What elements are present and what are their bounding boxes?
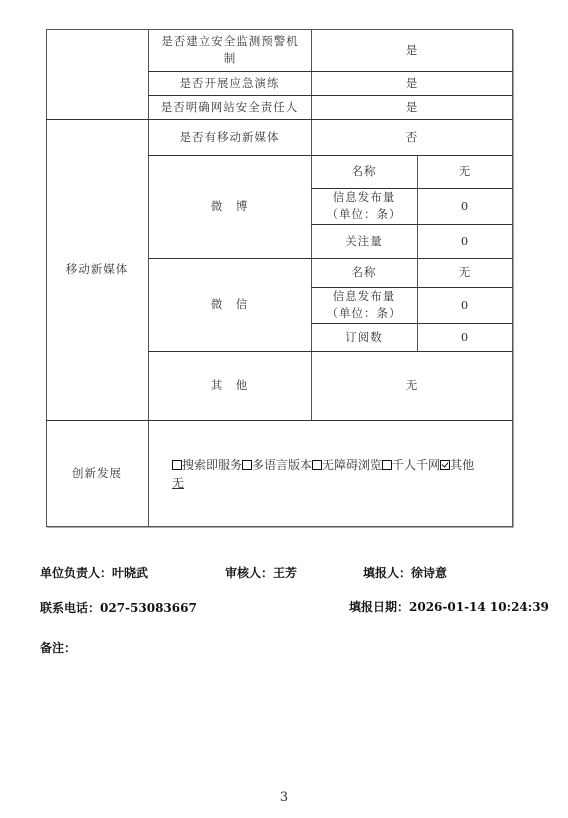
weibo-label: 微 博: [148, 155, 311, 258]
unit-head: 单位负责人：叶晓武: [40, 564, 148, 581]
wechat-value-posts: 0: [417, 287, 513, 323]
option-multilingual[interactable]: 多语言版本: [242, 458, 312, 472]
checkbox-icon[interactable]: [172, 460, 182, 470]
option-other[interactable]: 其他: [440, 458, 474, 472]
weibo-value-posts: 0: [417, 188, 513, 224]
has-mobile-question: 是否有移动新媒体: [148, 119, 311, 155]
innovation-options: 搜索即服务多语言版本无障碍浏览千人千网其他 无: [172, 456, 510, 492]
security-answer: 是: [311, 29, 513, 71]
page-number: 3: [0, 790, 568, 805]
wechat-field-subscribers: 订阅数: [311, 323, 417, 351]
mobile-media-label: 移动新媒体: [46, 119, 148, 420]
security-answer: 是: [311, 71, 513, 95]
wechat-value-subscribers: 0: [417, 323, 513, 351]
innovation-label: 创新发展: [46, 420, 148, 527]
weibo-value-name: 无: [417, 155, 513, 188]
option-search-service[interactable]: 搜索即服务: [172, 458, 242, 472]
other-media-value: 无: [311, 351, 513, 420]
security-question: 是否建立安全监测预警机制: [160, 29, 300, 71]
other-media-label: 其 他: [148, 351, 311, 420]
has-mobile-answer: 否: [311, 119, 513, 155]
wechat-field-name: 名称: [311, 258, 417, 287]
wechat-label: 微 信: [148, 258, 311, 351]
remarks: 备注：: [40, 639, 76, 656]
filler: 填报人：徐诗意: [363, 564, 447, 581]
reviewer: 审核人：王芳: [225, 564, 297, 581]
fill-date: 填报日期：2026-01-14 10:24:39: [349, 598, 549, 615]
checkbox-icon[interactable]: [242, 460, 252, 470]
checkbox-checked-icon[interactable]: [440, 460, 450, 470]
weibo-field-followers: 关注量: [311, 224, 417, 258]
security-question: 是否开展应急演练: [148, 71, 311, 95]
weibo-value-followers: 0: [417, 224, 513, 258]
phone: 联系电话：027-53083667: [40, 599, 197, 616]
security-answer: 是: [311, 95, 513, 119]
checkbox-icon[interactable]: [382, 460, 392, 470]
weibo-field-posts: 信息发布量（单位：条）: [326, 188, 402, 224]
wechat-value-name: 无: [417, 258, 513, 287]
security-question: 是否明确网站安全责任人: [148, 95, 311, 119]
wechat-field-posts: 信息发布量（单位：条）: [326, 287, 402, 323]
option-personalized[interactable]: 千人千网: [382, 458, 440, 472]
checkbox-icon[interactable]: [312, 460, 322, 470]
weibo-field-name: 名称: [311, 155, 417, 188]
other-text: 无: [172, 476, 184, 490]
option-accessibility[interactable]: 无障碍浏览: [312, 458, 382, 472]
